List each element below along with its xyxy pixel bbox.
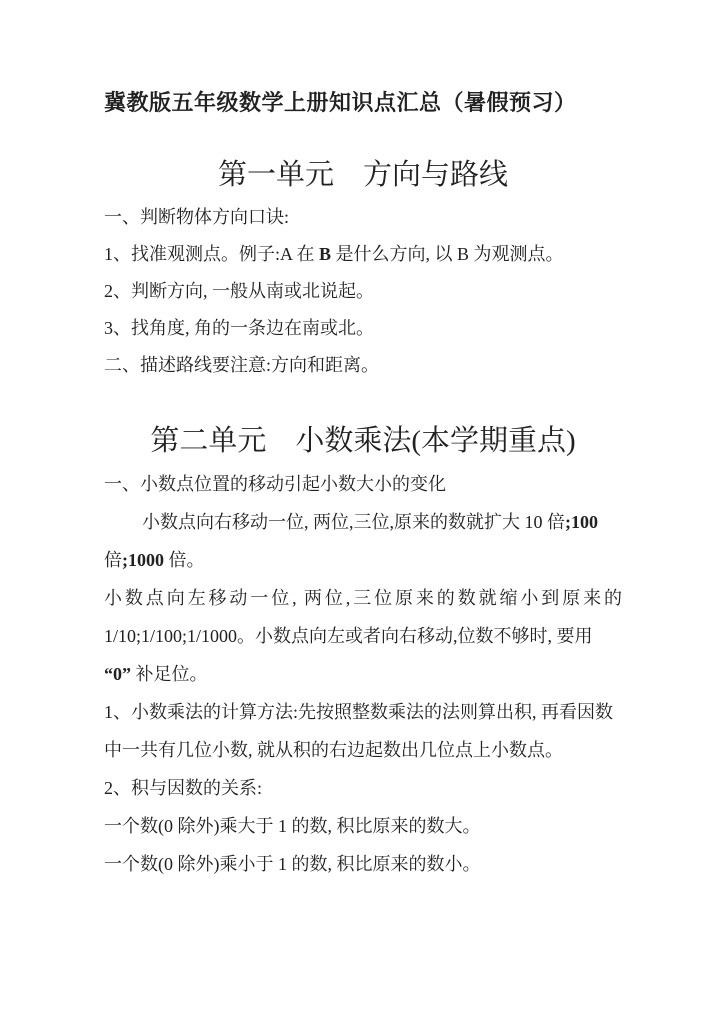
text-line: 1、找准观测点。例子:A 在 B 是什么方向, 以 B 为观测点。 <box>104 236 622 273</box>
text-line: 一个数(0 除外)乘小于 1 的数, 积比原来的数小。 <box>104 845 622 883</box>
text-run: 3、找角度, 角的一条边在南或北。 <box>104 318 374 338</box>
unit-2-heading: 第二单元 小数乘法(本学期重点) <box>104 424 622 458</box>
text-line: 中一共有几位小数, 就从积的右边起数出几位点上小数点。 <box>104 731 622 769</box>
text-line: “0” 补足位。 <box>104 655 622 693</box>
unit-1-heading: 第一单元 方向与路线 <box>104 158 622 192</box>
text-line: 一个数(0 除外)乘大于 1 的数, 积比原来的数大。 <box>104 807 622 845</box>
text-line: 倍;1000 倍。 <box>104 541 622 579</box>
section-unit-2: 第二单元 小数乘法(本学期重点) 一、小数点位置的移动引起小数大小的变化小数点向… <box>104 424 622 883</box>
document-title: 冀教版五年级数学上册知识点汇总（暑假预习） <box>104 88 622 118</box>
bold-text-run: B <box>319 244 331 264</box>
text-run: 倍。 <box>164 550 205 570</box>
bold-text-run: ;100 <box>565 512 598 532</box>
text-line: 一、小数点位置的移动引起小数大小的变化 <box>104 465 622 503</box>
text-line: 2、判断方向, 一般从南或北说起。 <box>104 273 622 310</box>
text-run: 2、积与因数的关系: <box>104 778 262 798</box>
text-run: 1/10;1/100;1/1000。小数点向左或者向右移动,位数不够时, 要用 <box>104 626 593 646</box>
document-page: 冀教版五年级数学上册知识点汇总（暑假预习） 第一单元 方向与路线 一、判断物体方… <box>0 0 724 1024</box>
text-run: 一个数(0 除外)乘小于 1 的数, 积比原来的数小。 <box>104 854 481 874</box>
text-run: 1、小数乘法的计算方法:先按照整数乘法的法则算出积, 再看因数 <box>104 702 613 722</box>
text-run: 1、找准观测点。例子:A 在 <box>104 244 319 264</box>
text-run: 是什么方向, 以 B 为观测点。 <box>331 244 564 264</box>
text-run: 二、描述路线要注意:方向和距离。 <box>104 355 379 375</box>
text-run: 小数点向左移动一位, 两位,三位原来的数就缩小到原来的 <box>104 588 622 608</box>
text-line: 小数点向左移动一位, 两位,三位原来的数就缩小到原来的 <box>104 579 622 617</box>
section-unit-1: 第一单元 方向与路线 一、判断物体方向口诀:1、找准观测点。例子:A 在 B 是… <box>104 158 622 384</box>
text-run: 一个数(0 除外)乘大于 1 的数, 积比原来的数大。 <box>104 816 481 836</box>
text-line: 2、积与因数的关系: <box>104 769 622 807</box>
text-run: 中一共有几位小数, 就从积的右边起数出几位点上小数点。 <box>104 740 563 760</box>
unit-1-body: 一、判断物体方向口诀:1、找准观测点。例子:A 在 B 是什么方向, 以 B 为… <box>104 199 622 384</box>
text-line: 一、判断物体方向口诀: <box>104 199 622 236</box>
text-line: 小数点向右移动一位, 两位,三位,原来的数就扩大 10 倍;100 <box>104 503 622 541</box>
text-line: 1、小数乘法的计算方法:先按照整数乘法的法则算出积, 再看因数 <box>104 693 622 731</box>
text-run: 小数点向右移动一位, 两位,三位,原来的数就扩大 10 倍 <box>142 512 565 532</box>
text-line: 3、找角度, 角的一条边在南或北。 <box>104 310 622 347</box>
text-run: 一、小数点位置的移动引起小数大小的变化 <box>104 474 446 494</box>
text-run: 补足位。 <box>131 664 208 684</box>
text-run: 倍 <box>104 550 122 570</box>
text-run: 一、判断物体方向口诀: <box>104 207 289 227</box>
text-line: 1/10;1/100;1/1000。小数点向左或者向右移动,位数不够时, 要用 <box>104 617 622 655</box>
unit-2-body: 一、小数点位置的移动引起小数大小的变化小数点向右移动一位, 两位,三位,原来的数… <box>104 465 622 883</box>
text-line: 二、描述路线要注意:方向和距离。 <box>104 347 622 384</box>
text-run: 2、判断方向, 一般从南或北说起。 <box>104 281 374 301</box>
bold-text-run: “0” <box>104 664 131 684</box>
bold-text-run: ;1000 <box>122 550 164 570</box>
